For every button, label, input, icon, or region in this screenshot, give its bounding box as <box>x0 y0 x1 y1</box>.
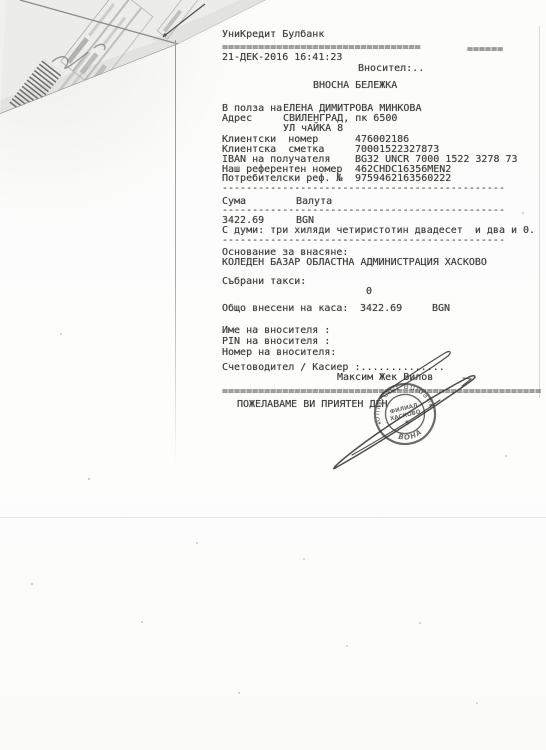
doc-title: ВНОСНА БЕЛЕЖКА <box>313 81 397 91</box>
separator-right: ====== <box>467 45 503 55</box>
receipt-text-layer: УниКредит Булбанк=======================… <box>0 0 546 750</box>
reason-value: КОЛЕДЕН БАЗАР ОБЛАСТНА АДМИНИСТРАЦИЯ ХАС… <box>222 258 487 268</box>
separator: ----------------------------------------… <box>222 184 505 194</box>
depositor-number-label: Номер на вносителя: <box>222 348 336 358</box>
total-amount: 3422.69 <box>360 304 402 314</box>
depositor-label: Вносител:.. <box>358 64 424 74</box>
depositor-name-label: Име на вносителя : <box>222 326 330 336</box>
separator: ----------------------------------------… <box>222 206 505 216</box>
depositor-pin-label: PIN на вносителя : <box>222 337 330 347</box>
total-currency: BGN <box>432 304 450 314</box>
fees-label: Събрани такси: <box>222 277 306 287</box>
bank-name: УниКредит Булбанк <box>222 30 324 40</box>
address-label: Адрес <box>222 114 252 124</box>
scanned-deposit-slip: УниКредит Булбанк=======================… <box>0 0 546 750</box>
timestamp: 21-ДЕК-2016 16:41:23 <box>222 53 342 63</box>
separator: ----------------------------------------… <box>222 236 505 246</box>
farewell-line: ПОЖЕЛАВАМЕ ВИ ПРИЯТЕН ДЕН <box>237 400 388 410</box>
fees-value: 0 <box>366 287 372 297</box>
address-line2: УЛ чАЙКА 8 <box>283 124 343 134</box>
total-label: Общо внесени на каса: <box>222 304 348 314</box>
separator: ========================================… <box>222 387 541 397</box>
cashier-name: Максим Жек Вилов <box>337 373 433 383</box>
